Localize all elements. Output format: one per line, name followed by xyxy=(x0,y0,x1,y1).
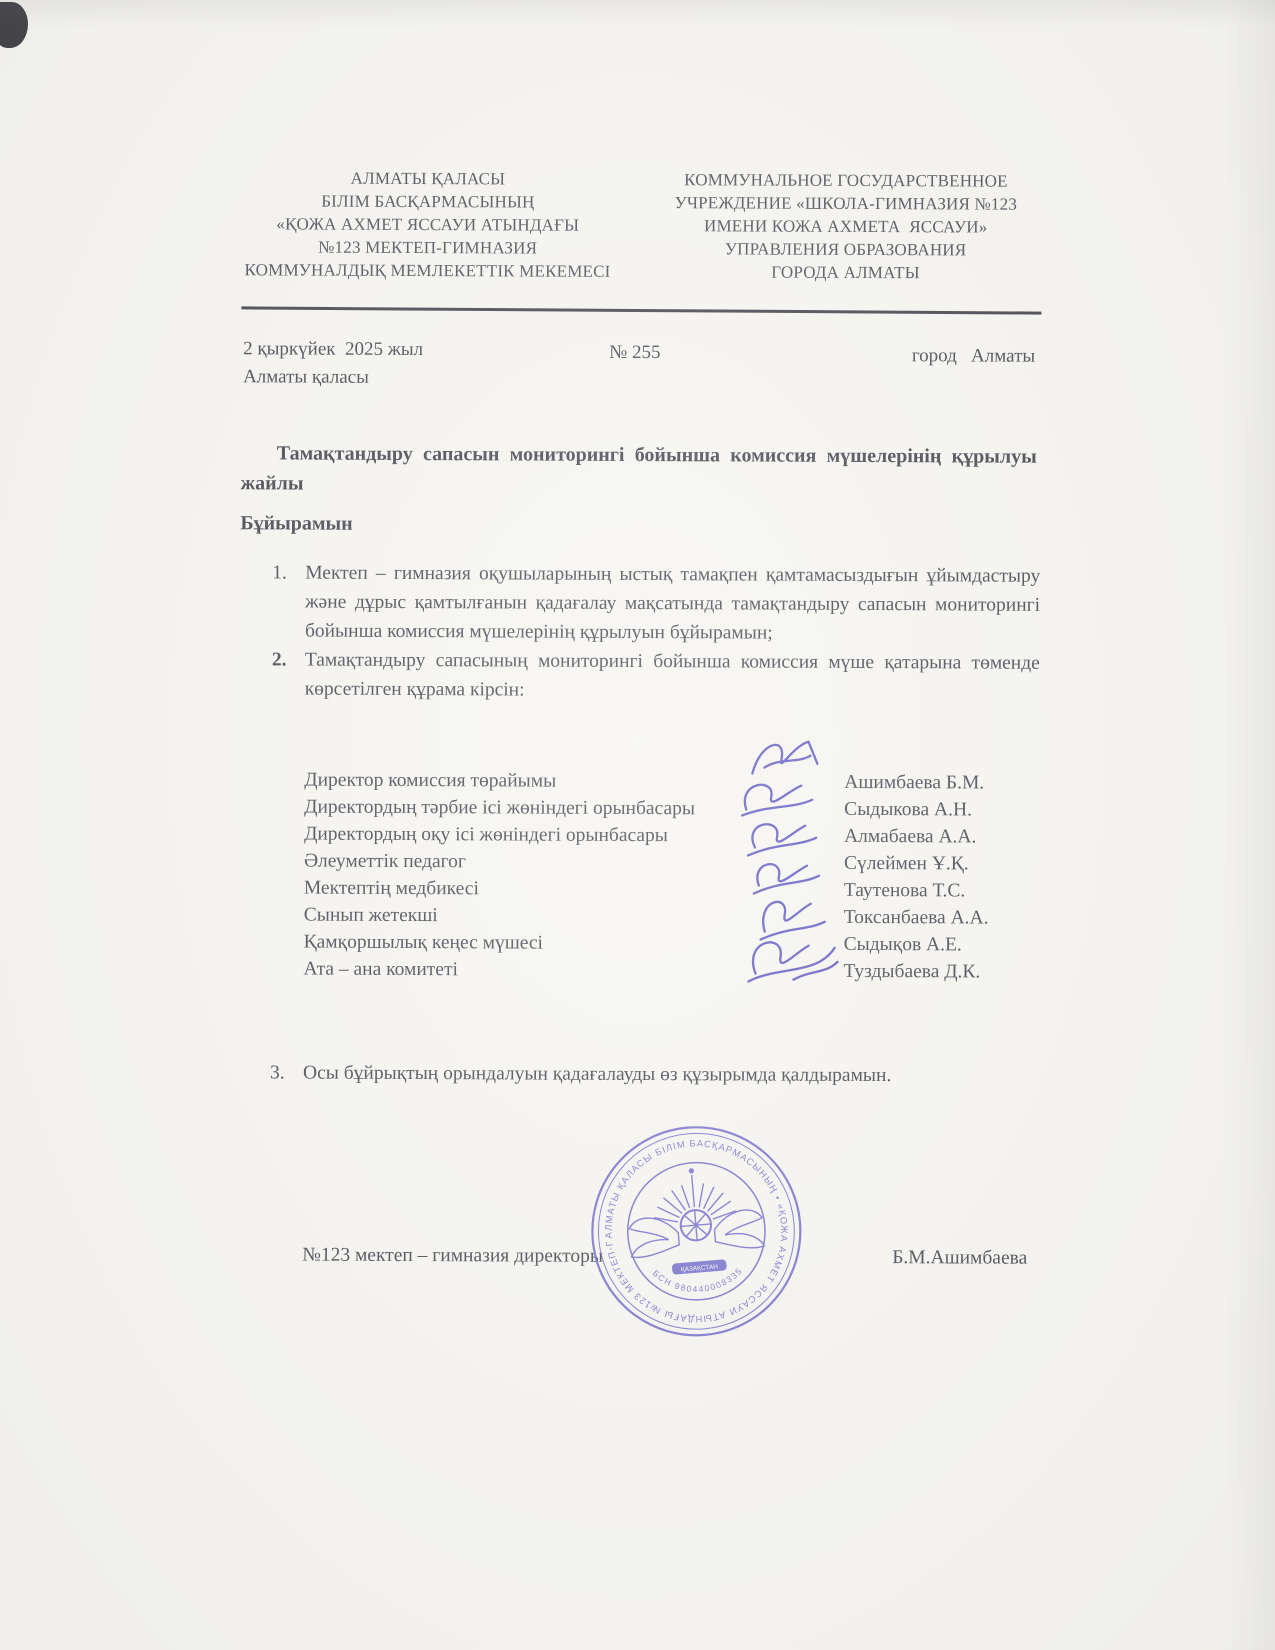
director-name: Б.М.Ашимбаева xyxy=(892,1247,1027,1270)
order-city: город Алматы xyxy=(912,345,1035,368)
letterhead-russian: КОММУНАЛЬНОЕ ГОСУДАРСТВЕННОЕ УЧРЕЖДЕНИЕ … xyxy=(650,168,1042,285)
item-number: 3. xyxy=(270,1062,303,1084)
item-text: Мектеп – гимназия оқушыларының ыстық там… xyxy=(305,559,1040,649)
order-item-3: 3. Осы бұйрықтың орындалуын қадағалауды … xyxy=(270,1062,1038,1087)
signature-stroke xyxy=(752,742,817,774)
commission-row: Сынып жетекші Токсанбаева А.А. xyxy=(304,902,1039,932)
order-date: 2 қыркүйек 2025 жыл xyxy=(243,338,423,361)
letterhead-divider xyxy=(241,306,1041,314)
letterhead-line: «ҚОЖА АХМЕТ ЯССАУИ АТЫНДАҒЫ xyxy=(242,212,614,237)
handwritten-signatures xyxy=(733,733,869,986)
letterhead-line: БІЛІМ БАСҚАРМАСЫНЫҢ xyxy=(242,189,614,214)
signature-stroke xyxy=(748,824,816,856)
item-text: Тамақтандыру сапасының мониторингі бойын… xyxy=(305,646,1040,707)
letterhead-line: №123 МЕКТЕП-ГИМНАЗИЯ xyxy=(242,235,614,260)
signature-stroke xyxy=(742,785,812,816)
commission-row: Директордың тәрбие ісі жөніндегі орынбас… xyxy=(304,794,1039,824)
order-item-2: 2. Тамақтандыру сапасының мониторингі бо… xyxy=(272,645,1040,706)
letterhead-line: КОММУНАЛДЫҚ МЕМЛЕКЕТТІК МЕКЕМЕСІ xyxy=(242,258,614,283)
signature-stroke xyxy=(748,942,837,982)
letterhead-line: КОММУНАЛЬНОЕ ГОСУДАРСТВЕННОЕ xyxy=(650,168,1042,193)
school-stamp: АЛМАТЫ ҚАЛАСЫ БІЛІМ БАСҚАРМАСЫНЫҢ • «ҚОЖ… xyxy=(579,1114,814,1349)
order-word: Бұйырамын xyxy=(240,512,352,535)
commission-row: Қамқоршылық кеңес мүшесі Сыдықов А.Е. xyxy=(304,929,1039,959)
kazakhstan-emblem-icon: ҚАЗАҚСТАН xyxy=(625,1163,766,1278)
letterhead-kazakh: АЛМАТЫ ҚАЛАСЫ БІЛІМ БАСҚАРМАСЫНЫҢ «ҚОЖА … xyxy=(242,166,614,283)
commission-list: Директор комиссия төрайымы Ашимбаева Б.М… xyxy=(303,767,1039,986)
commission-row: Мектептің медбикесі Таутенова Т.С. xyxy=(304,875,1039,905)
commission-row: Директордың оқу ісі жөніндегі орынбасары… xyxy=(304,821,1039,851)
order-meta: 2 қыркүйек 2025 жыл Алматы қаласы № 255 … xyxy=(241,338,1041,399)
order-item-1: 1. Мектеп – гимназия оқушыларының ыстық … xyxy=(272,558,1040,648)
item-text: Осы бұйрықтың орындалуын қадағалауды өз … xyxy=(303,1063,891,1088)
letterhead-line: ИМЕНИ КОЖА АХМЕТА ЯССАУИ» xyxy=(650,214,1042,239)
commission-row: Ата – ана комитеті Туздыбаева Д.К. xyxy=(303,956,1038,986)
scanned-order-page: АЛМАТЫ ҚАЛАСЫ БІЛІМ БАСҚАРМАСЫНЫҢ «ҚОЖА … xyxy=(0,0,1275,1650)
letterhead-line: УПРАВЛЕНИЯ ОБРАЗОВАНИЯ xyxy=(650,237,1042,262)
order-items: 1. Мектеп – гимназия оқушыларының ыстық … xyxy=(272,558,1041,706)
signature-stroke xyxy=(754,864,819,894)
letterhead-line: УЧРЕЖДЕНИЕ «ШКОЛА-ГИМНАЗИЯ №123 xyxy=(650,191,1042,216)
director-title: №123 мектеп – гимназия директоры xyxy=(302,1245,603,1267)
order-title: Тамақтандыру сапасын мониторингі бойынша… xyxy=(241,438,1037,501)
letterhead-line: ГОРОДА АЛМАТЫ xyxy=(650,260,1042,285)
commission-row: Әлеуметтік педагог Сүлеймен Ұ.Қ. xyxy=(304,848,1039,878)
signature-stroke xyxy=(761,902,825,940)
order-place: Алматы қаласы xyxy=(243,366,369,389)
letterhead-line: АЛМАТЫ ҚАЛАСЫ xyxy=(242,166,614,191)
order-number: № 255 xyxy=(609,342,660,364)
commission-row: Директор комиссия төрайымы Ашимбаева Б.М… xyxy=(304,767,1039,797)
item-number: 2. xyxy=(272,645,305,703)
item-number: 1. xyxy=(272,558,305,645)
